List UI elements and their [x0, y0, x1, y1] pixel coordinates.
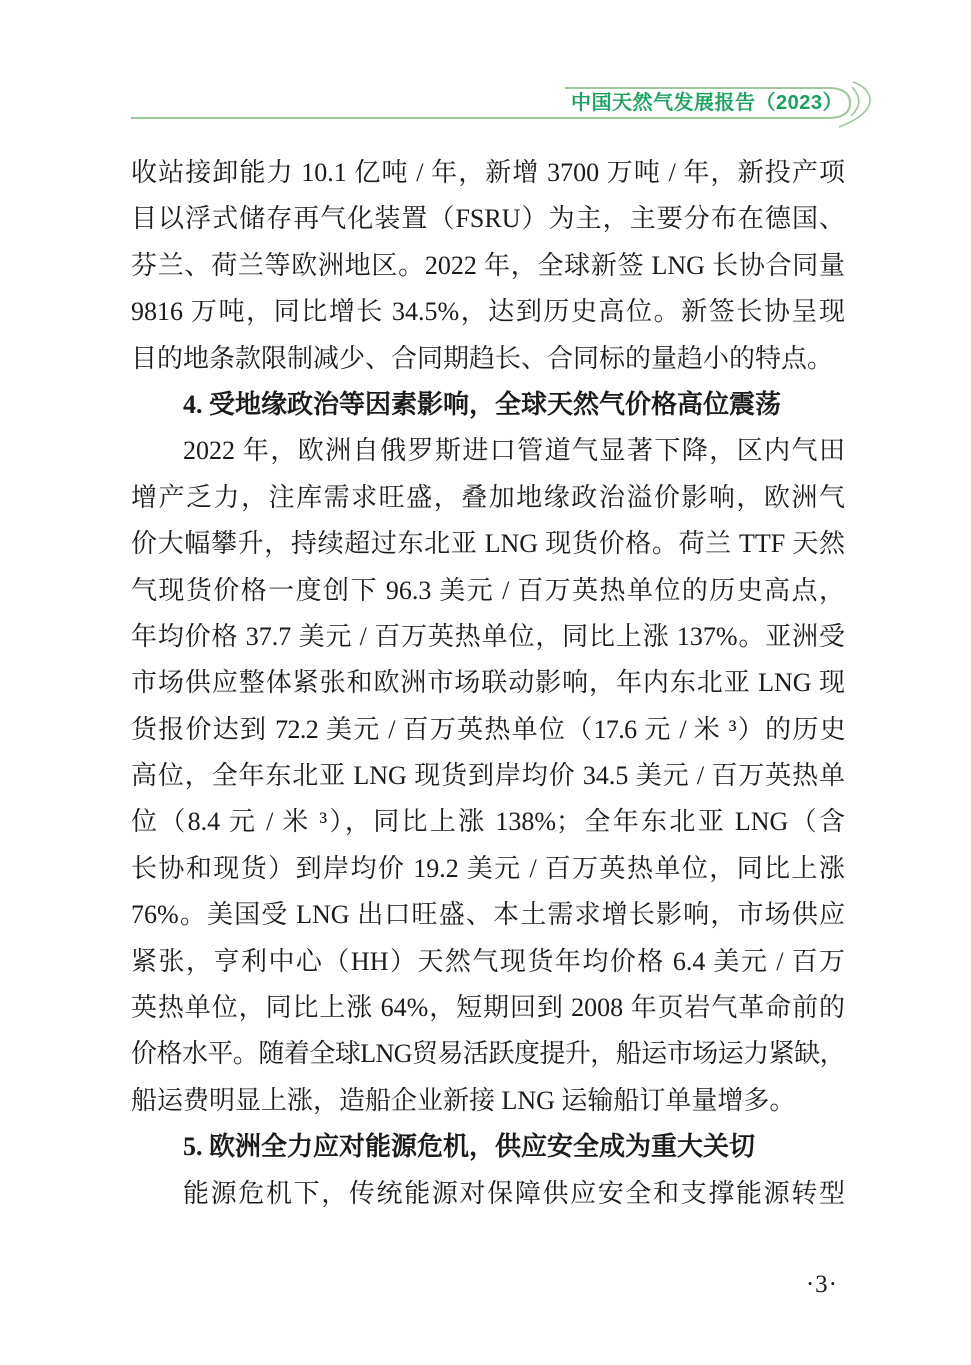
- section-heading: 5. 欧洲全力应对能源危机，供应安全成为重大关切: [131, 1124, 845, 1170]
- text-line: 增产乏力，注库需求旺盛，叠加地缘政治溢价影响，欧洲气: [131, 475, 845, 521]
- text-line: 市场供应整体紧张和欧洲市场联动影响，年内东北亚 LNG 现: [131, 660, 845, 706]
- document-page: { "header": { "title": "中国天然气发展报告（2023）"…: [0, 0, 971, 1365]
- text-line: 收站接卸能力 10.1 亿吨 / 年，新增 3700 万吨 / 年，新投产项: [131, 150, 845, 196]
- text-line: 价大幅攀升，持续超过东北亚 LNG 现货价格。荷兰 TTF 天然: [131, 521, 845, 567]
- text-line: 长协和现货）到岸均价 19.2 美元 / 百万英热单位，同比上涨: [131, 846, 845, 892]
- text-line: 能源危机下，传统能源对保障供应安全和支撑能源转型: [131, 1171, 845, 1217]
- text-line: 紧张，亨利中心（HH）天然气现货年均价格 6.4 美元 / 百万: [131, 939, 845, 985]
- report-title: 中国天然气发展报告（2023）: [571, 88, 847, 118]
- text-line: 9816 万吨，同比增长 34.5%，达到历史高位。新签长协呈现: [131, 289, 845, 335]
- text-line: 年均价格 37.7 美元 / 百万英热单位，同比上涨 137%。亚洲受: [131, 614, 845, 660]
- page-number: ·3·: [806, 1268, 838, 1302]
- text-line: 芬兰、荷兰等欧洲地区。2022 年，全球新签 LNG 长协合同量: [131, 243, 845, 289]
- text-line: 目的地条款限制减少、合同期趋长、合同标的量趋小的特点。: [131, 336, 845, 382]
- text-line: 价格水平。随着全球LNG贸易活跃度提升，船运市场运力紧缺，: [131, 1031, 845, 1077]
- text-line: 气现货价格一度创下 96.3 美元 / 百万英热单位的历史高点，: [131, 568, 845, 614]
- text-line: 目以浮式储存再气化装置（FSRU）为主，主要分布在德国、: [131, 196, 845, 242]
- text-column: 收站接卸能力 10.1 亿吨 / 年，新增 3700 万吨 / 年，新投产项目以…: [131, 150, 845, 1217]
- text-line: 高位，全年东北亚 LNG 现货到岸均价 34.5 美元 / 百万英热单: [131, 753, 845, 799]
- text-line: 76%。美国受 LNG 出口旺盛、本土需求增长影响，市场供应: [131, 892, 845, 938]
- text-line: 英热单位，同比上涨 64%，短期回到 2008 年页岩气革命前的: [131, 985, 845, 1031]
- section-heading: 4. 受地缘政治等因素影响，全球天然气价格高位震荡: [131, 382, 845, 428]
- header-arc-inner: [851, 87, 859, 116]
- text-line: 2022 年，欧洲自俄罗斯进口管道气显著下降，区内气田: [131, 428, 845, 474]
- text-line: 货报价达到 72.2 美元 / 百万英热单位（17.6 元 / 米 ³）的历史: [131, 707, 845, 753]
- text-line: 船运费明显上涨，造船企业新接 LNG 运输船订单量增多。: [131, 1078, 845, 1124]
- text-line: 位（8.4 元 / 米 ³），同比上涨 138%；全年东北亚 LNG（含: [131, 799, 845, 845]
